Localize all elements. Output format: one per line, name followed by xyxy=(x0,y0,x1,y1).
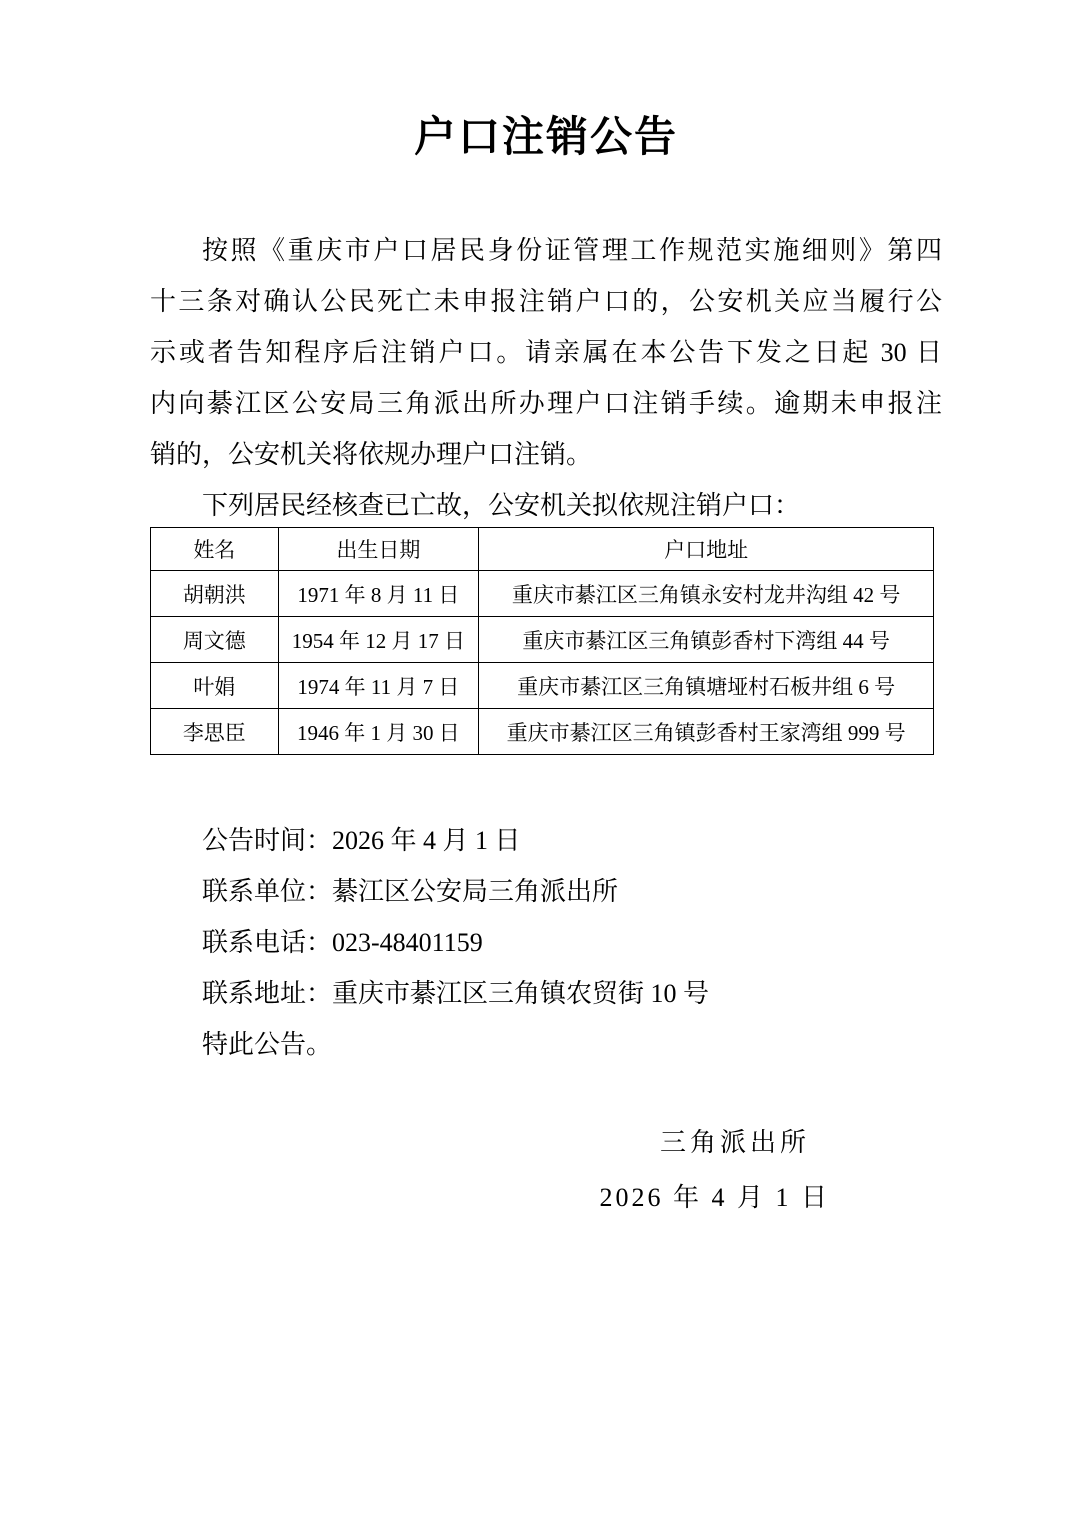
residents-table: 姓名 出生日期 户口地址 胡朝洪 1971 年 8 月 11 日 重庆市綦江区三… xyxy=(150,527,934,755)
cell-birthdate: 1946 年 1 月 30 日 xyxy=(278,709,478,755)
body-paragraph-line: 内向綦江区公安局三角派出所办理户口注销手续。逾期未申报注 xyxy=(150,378,942,429)
table-header-row: 姓名 出生日期 户口地址 xyxy=(151,528,934,571)
col-header-birthdate: 出生日期 xyxy=(278,528,478,571)
col-header-name: 姓名 xyxy=(151,528,279,571)
contact-phone-value: 023-48401159 xyxy=(332,928,483,957)
cell-address: 重庆市綦江区三角镇塘垭村石板井组 6 号 xyxy=(479,663,934,709)
body-paragraph: 按照《重庆市户口居民身份证管理工作规范实施细则》第四 十三条对确认公民死亡未申报… xyxy=(150,225,942,480)
table-row: 胡朝洪 1971 年 8 月 11 日 重庆市綦江区三角镇永安村龙井沟组 42 … xyxy=(151,571,934,617)
cell-birthdate: 1974 年 11 月 7 日 xyxy=(278,663,478,709)
contact-phone-line: 联系电话：023-48401159 xyxy=(150,917,942,968)
cell-address: 重庆市綦江区三角镇永安村龙井沟组 42 号 xyxy=(479,571,934,617)
table-row: 叶娟 1974 年 11 月 7 日 重庆市綦江区三角镇塘垭村石板井组 6 号 xyxy=(151,663,934,709)
closing-line: 特此公告。 xyxy=(150,1019,942,1070)
body-paragraph-line: 按照《重庆市户口居民身份证管理工作规范实施细则》第四 xyxy=(150,225,942,276)
contact-address-label: 联系地址： xyxy=(202,979,332,1008)
table-row: 周文德 1954 年 12 月 17 日 重庆市綦江区三角镇彭香村下湾组 44 … xyxy=(151,617,934,663)
cell-birthdate: 1971 年 8 月 11 日 xyxy=(278,571,478,617)
signature-org: 三角派出所 xyxy=(150,1115,942,1170)
col-header-address: 户口地址 xyxy=(479,528,934,571)
body-paragraph-line: 十三条对确认公民死亡未申报注销户口的，公安机关应当履行公 xyxy=(150,276,942,327)
cell-name: 叶娟 xyxy=(151,663,279,709)
contact-info-block: 公告时间：2026 年 4 月 1 日 联系单位：綦江区公安局三角派出所 联系电… xyxy=(150,815,942,1070)
signature-block: 三角派出所 2026 年 4 月 1 日 xyxy=(150,1115,942,1225)
cell-name: 周文德 xyxy=(151,617,279,663)
contact-address-value: 重庆市綦江区三角镇农贸街 10 号 xyxy=(332,979,709,1008)
contact-phone-label: 联系电话： xyxy=(202,928,332,957)
signature-date: 2026 年 4 月 1 日 xyxy=(150,1170,942,1225)
table-row: 李思臣 1946 年 1 月 30 日 重庆市綦江区三角镇彭香村王家湾组 999… xyxy=(151,709,934,755)
contact-unit-value: 綦江区公安局三角派出所 xyxy=(332,877,618,906)
contact-unit-label: 联系单位： xyxy=(202,877,332,906)
contact-unit-line: 联系单位：綦江区公安局三角派出所 xyxy=(150,866,942,917)
cell-birthdate: 1954 年 12 月 17 日 xyxy=(278,617,478,663)
notice-date-line: 公告时间：2026 年 4 月 1 日 xyxy=(150,815,942,866)
contact-address-line: 联系地址：重庆市綦江区三角镇农贸街 10 号 xyxy=(150,968,942,1019)
body-paragraph-line: 示或者告知程序后注销户口。请亲属在本公告下发之日起 30 日 xyxy=(150,327,942,378)
cell-name: 胡朝洪 xyxy=(151,571,279,617)
cell-name: 李思臣 xyxy=(151,709,279,755)
body-paragraph-line: 销的，公安机关将依规办理户口注销。 xyxy=(150,429,942,480)
cell-address: 重庆市綦江区三角镇彭香村下湾组 44 号 xyxy=(479,617,934,663)
table-intro-line: 下列居民经核查已亡故，公安机关拟依规注销户口： xyxy=(150,480,942,531)
cell-address: 重庆市綦江区三角镇彭香村王家湾组 999 号 xyxy=(479,709,934,755)
notice-date-label: 公告时间： xyxy=(202,826,332,855)
document-title: 户口注销公告 xyxy=(150,0,942,164)
notice-date-value: 2026 年 4 月 1 日 xyxy=(332,826,521,855)
notice-document-page: 户口注销公告 按照《重庆市户口居民身份证管理工作规范实施细则》第四 十三条对确认… xyxy=(0,0,1074,1520)
